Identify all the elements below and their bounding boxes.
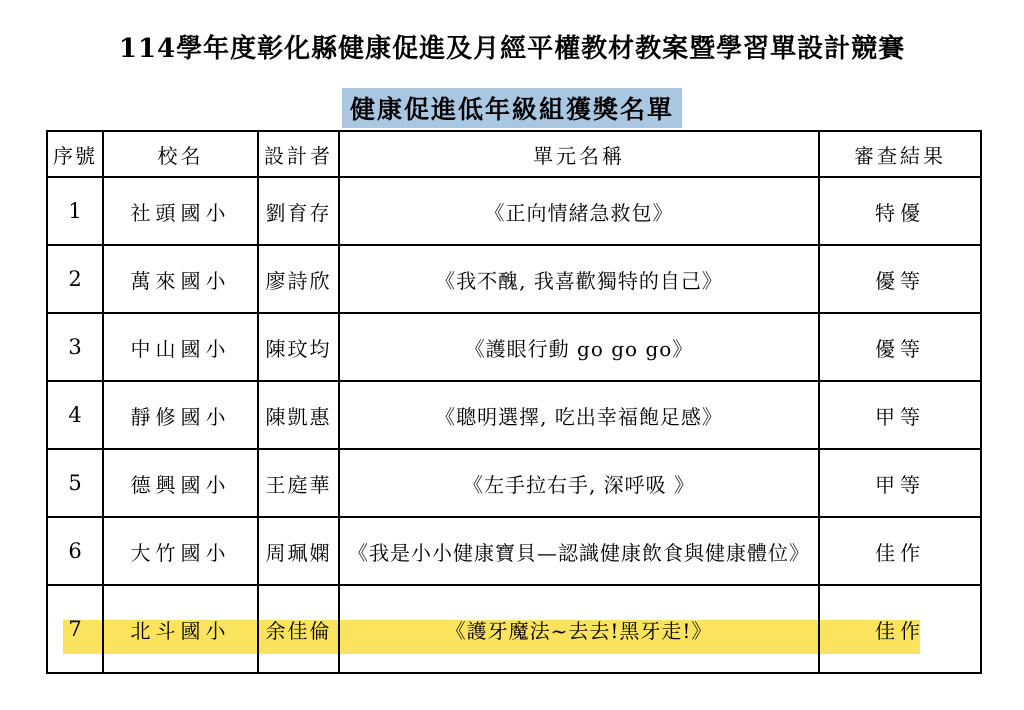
row-number-cell: 2 bbox=[47, 245, 103, 313]
result-cell: 特優 bbox=[819, 177, 981, 245]
table-row: 6 大竹國小 周珮嫻 《我是小小健康寶貝—認識健康飲食與健康體位》 佳作 bbox=[47, 517, 981, 585]
designer-cell: 余佳倫 bbox=[258, 585, 339, 673]
unit-cell: 《聰明選擇, 吃出幸福飽足感》 bbox=[339, 381, 819, 449]
row-number-cell: 3 bbox=[47, 313, 103, 381]
designer-cell: 劉育存 bbox=[258, 177, 339, 245]
result-cell: 甲等 bbox=[819, 381, 981, 449]
designer-cell: 陳玟均 bbox=[258, 313, 339, 381]
table-row-highlighted: 7 北斗國小 余佳倫 《護牙魔法~去去!黑牙走!》 佳作 bbox=[47, 585, 981, 673]
page-title: 114學年度彰化縣健康促進及月經平權教材教案暨學習單設計競賽 bbox=[0, 28, 1024, 65]
school-cell: 萬來國小 bbox=[103, 245, 258, 313]
results-table: 序號 校名 設計者 單元名稱 審查結果 1 社頭國小 劉育存 《正向情緒急救包》… bbox=[46, 130, 982, 674]
column-header-number: 序號 bbox=[47, 131, 103, 177]
unit-cell: 《正向情緒急救包》 bbox=[339, 177, 819, 245]
unit-cell: 《護牙魔法~去去!黑牙走!》 bbox=[339, 585, 819, 673]
table-row: 5 德興國小 王庭華 《左手拉右手, 深呼吸 》 甲等 bbox=[47, 449, 981, 517]
section-subtitle: 健康促進低年級組獲獎名單 bbox=[342, 88, 682, 128]
column-header-result: 審查結果 bbox=[819, 131, 981, 177]
column-header-unit: 單元名稱 bbox=[339, 131, 819, 177]
column-header-designer: 設計者 bbox=[258, 131, 339, 177]
school-cell: 北斗國小 bbox=[103, 585, 258, 673]
row-number-cell: 1 bbox=[47, 177, 103, 245]
table-row: 2 萬來國小 廖詩欣 《我不醜, 我喜歡獨特的自己》 優等 bbox=[47, 245, 981, 313]
unit-cell: 《左手拉右手, 深呼吸 》 bbox=[339, 449, 819, 517]
result-cell: 甲等 bbox=[819, 449, 981, 517]
designer-cell: 王庭華 bbox=[258, 449, 339, 517]
row-number-cell: 6 bbox=[47, 517, 103, 585]
designer-cell: 廖詩欣 bbox=[258, 245, 339, 313]
result-cell: 佳作 bbox=[819, 585, 981, 673]
school-cell: 靜修國小 bbox=[103, 381, 258, 449]
column-header-school: 校名 bbox=[103, 131, 258, 177]
designer-cell: 陳凱惠 bbox=[258, 381, 339, 449]
result-cell: 優等 bbox=[819, 245, 981, 313]
document-page: 114學年度彰化縣健康促進及月經平權教材教案暨學習單設計競賽 健康促進低年級組獲… bbox=[0, 0, 1024, 710]
table-row: 3 中山國小 陳玟均 《護眼行動 go go go》 優等 bbox=[47, 313, 981, 381]
row-number-cell: 7 bbox=[47, 585, 103, 673]
designer-cell: 周珮嫻 bbox=[258, 517, 339, 585]
result-cell: 佳作 bbox=[819, 517, 981, 585]
school-cell: 社頭國小 bbox=[103, 177, 258, 245]
subtitle-container: 健康促進低年級組獲獎名單 bbox=[0, 88, 1024, 128]
row-number-cell: 4 bbox=[47, 381, 103, 449]
unit-cell: 《我不醜, 我喜歡獨特的自己》 bbox=[339, 245, 819, 313]
table-row: 4 靜修國小 陳凱惠 《聰明選擇, 吃出幸福飽足感》 甲等 bbox=[47, 381, 981, 449]
unit-cell: 《護眼行動 go go go》 bbox=[339, 313, 819, 381]
school-cell: 中山國小 bbox=[103, 313, 258, 381]
school-cell: 德興國小 bbox=[103, 449, 258, 517]
table-header-row: 序號 校名 設計者 單元名稱 審查結果 bbox=[47, 131, 981, 177]
table-row: 1 社頭國小 劉育存 《正向情緒急救包》 特優 bbox=[47, 177, 981, 245]
row-number-cell: 5 bbox=[47, 449, 103, 517]
school-cell: 大竹國小 bbox=[103, 517, 258, 585]
unit-cell: 《我是小小健康寶貝—認識健康飲食與健康體位》 bbox=[339, 517, 819, 585]
result-cell: 優等 bbox=[819, 313, 981, 381]
